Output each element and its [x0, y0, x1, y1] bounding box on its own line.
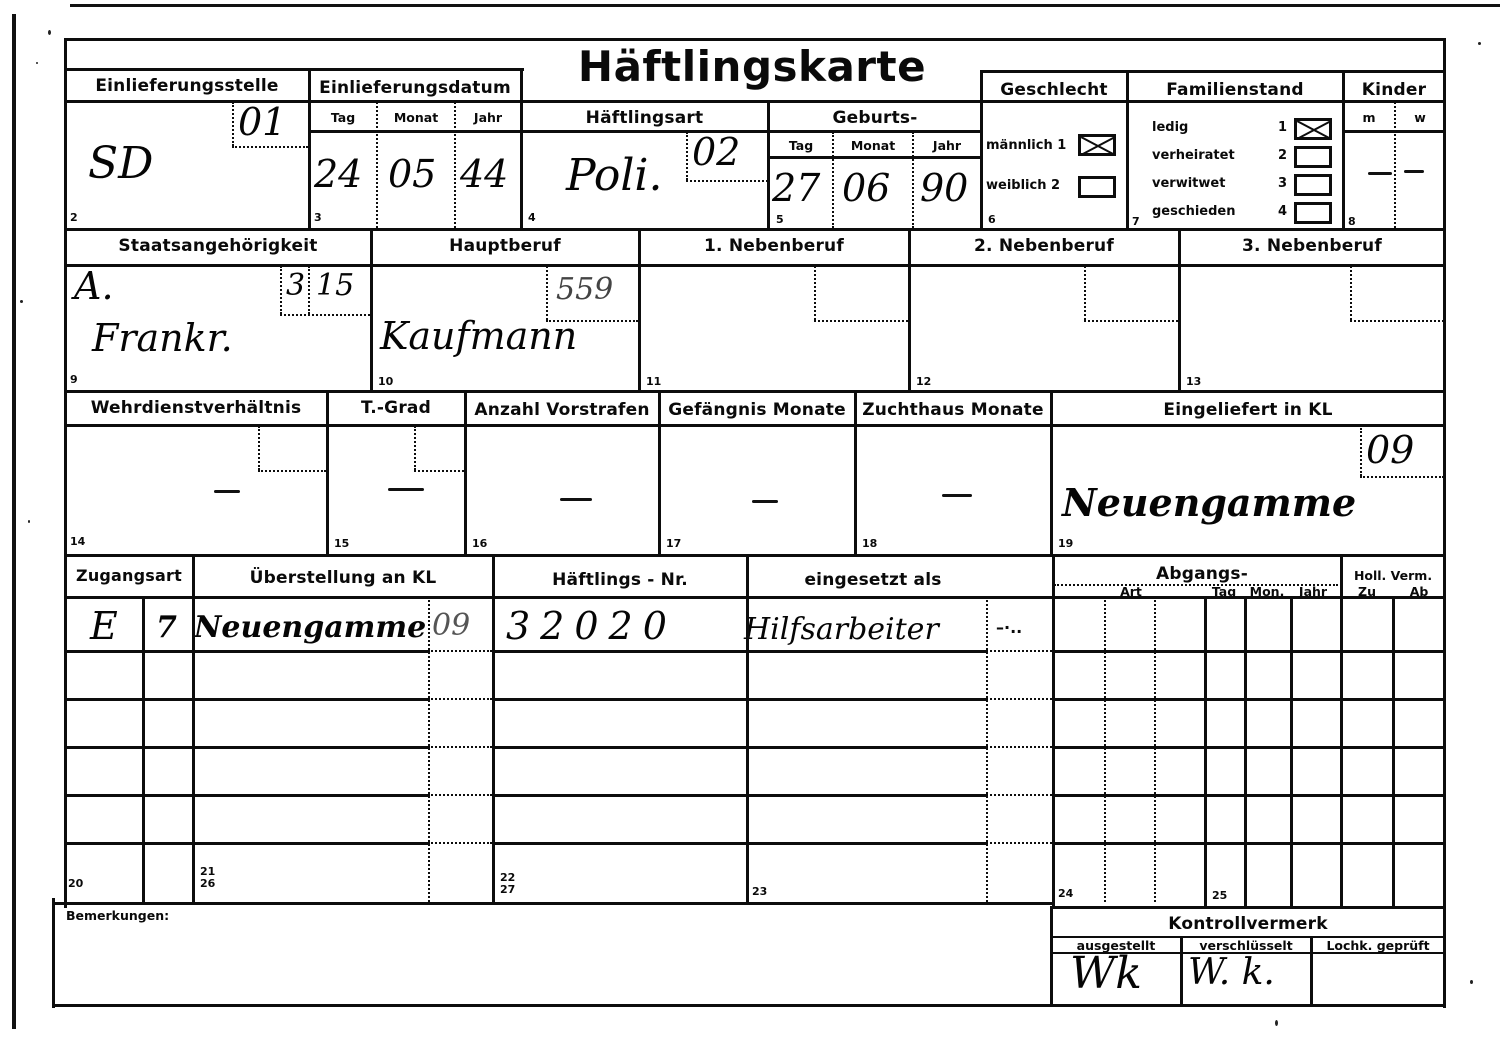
grid-line [192, 554, 195, 902]
code-box-border [814, 320, 908, 322]
grid-line [1052, 650, 1444, 653]
grid-line [428, 794, 492, 796]
checkbox-maennlich[interactable] [1078, 134, 1116, 156]
option-label-verwitwet: verwitwet [1152, 176, 1225, 191]
row1-haeftlings-nr: 32020 [506, 604, 677, 648]
grid-line [428, 698, 492, 700]
grid-line [64, 746, 428, 749]
header-haeftlings-nr: Häftlings - Nr. [494, 570, 746, 590]
code-box-border [1350, 320, 1444, 322]
frame-left [64, 38, 67, 908]
checkbox-ledig[interactable] [1294, 118, 1332, 140]
grid-line [986, 842, 1052, 844]
field-number: 13 [1186, 376, 1201, 388]
row1-ueberstellung-code: 09 [432, 608, 470, 643]
label-geschlecht: Geschlecht [982, 80, 1126, 100]
field-number: 27 [500, 884, 515, 896]
label-zuchthaus-monate: Zuchthaus Monate [856, 400, 1050, 420]
header-abgangs-art: Art [1106, 584, 1156, 599]
grid-line [428, 596, 430, 902]
grid-line [64, 842, 428, 845]
header-abgangs-jahr: Jahr [1290, 584, 1336, 599]
field-number: 7 [1132, 216, 1140, 228]
label-month: Monat [378, 110, 454, 125]
grid-line [986, 746, 1052, 748]
row3-bottom-line [64, 554, 1444, 557]
grid-line [1052, 554, 1055, 908]
wehrdienst-value-dash [214, 490, 240, 493]
grid-line [986, 794, 1052, 796]
option-label-weiblich: weiblich 2 [986, 178, 1060, 193]
row1-eingesetzt-als: Hilfsarbeiter [744, 612, 939, 647]
frame-bottom [52, 1004, 1446, 1007]
prisoner-card: Häftlingskarte Einlieferungsstelle 01 SD… [52, 38, 1446, 1012]
field-number: 17 [666, 538, 681, 550]
row1-zugangsart: E [90, 604, 118, 648]
label-wehrdienstverhaeltnis: Wehrdienstverhältnis [66, 398, 326, 418]
einlieferung-month: 05 [388, 152, 436, 196]
option-label-geschieden: geschieden [1152, 204, 1235, 219]
row1-ueberstellung: Neuengamme [194, 610, 426, 645]
field-number: 25 [1212, 890, 1227, 902]
bemerkungen-field[interactable] [66, 928, 1046, 998]
scan-page-edge-top [70, 4, 1500, 7]
option-label-ledig: ledig [1152, 120, 1188, 135]
grid-line [428, 842, 492, 844]
grid-line [492, 842, 986, 845]
label-month: Monat [834, 138, 912, 153]
code-box-border [258, 470, 326, 472]
row3-header-line [64, 424, 1444, 427]
row1-top-line [64, 68, 524, 71]
label-year: Jahr [456, 110, 520, 125]
subheader-line [770, 156, 980, 159]
grid-line [1154, 596, 1156, 902]
staatsangehoerigkeit-code-a: 3 [286, 268, 305, 303]
label-hauptberuf: Hauptberuf [372, 236, 638, 256]
label-kinder-w: w [1396, 110, 1444, 125]
field-number: 8 [1348, 216, 1356, 228]
frame-right [1443, 38, 1446, 1008]
grid-line [64, 650, 428, 653]
scan-speck [20, 300, 23, 303]
field-number: 2 [70, 212, 78, 224]
field-number: 12 [916, 376, 931, 388]
scan-speck [1478, 42, 1481, 45]
row1-zugangsart-code: 7 [156, 610, 177, 645]
label-day: Tag [770, 138, 832, 153]
grid-line [1392, 596, 1395, 908]
header-eingesetzt-als: eingesetzt als [748, 570, 998, 590]
header-abgangs-mon: Mon. [1244, 584, 1290, 599]
code-box-border [814, 266, 816, 320]
staatsangehoerigkeit-value-line1: A. [74, 264, 114, 308]
option-code: 3 [1278, 176, 1287, 191]
code-box-border [308, 266, 310, 314]
label-anzahl-vorstrafen: Anzahl Vorstrafen [466, 400, 658, 420]
option-code: 4 [1278, 204, 1287, 219]
field-number: 18 [862, 538, 877, 550]
field-number: 24 [1058, 888, 1073, 900]
header-ueberstellung: Überstellung an KL [194, 568, 492, 588]
label-einlieferungsdatum: Einlieferungsdatum [310, 78, 520, 98]
bemerkungen-top-line [52, 902, 1052, 905]
label-haeftlingsart: Häftlingsart [522, 108, 767, 128]
code-box-border [414, 426, 416, 470]
field-number: 20 [68, 878, 83, 890]
label-nebenberuf-2: 2. Nebenberuf [910, 236, 1178, 256]
label-eingeliefert-in-kl: Eingeliefert in KL [1052, 400, 1444, 420]
geburt-day: 27 [772, 166, 820, 210]
option-code: 1 [1278, 120, 1287, 135]
field-number: 3 [314, 212, 322, 224]
label-familienstand: Familienstand [1128, 80, 1342, 100]
label-gefaengnis-monate: Gefängnis Monate [660, 400, 854, 420]
einlieferung-day: 24 [314, 152, 362, 196]
field-number: 16 [472, 538, 487, 550]
label-staatsangehoerigkeit: Staatsangehörigkeit [66, 236, 370, 256]
label-bemerkungen: Bemerkungen: [66, 908, 169, 923]
grid-line [64, 698, 428, 701]
row2-header-line [64, 264, 1444, 267]
label-einlieferungsstelle: Einlieferungsstelle [66, 76, 308, 96]
header-holl-ab: Ab [1394, 584, 1444, 599]
grid-line [1104, 596, 1106, 902]
field-number: 6 [988, 214, 996, 226]
staatsangehoerigkeit-value-line2: Frankr. [92, 316, 233, 360]
grid-line [492, 554, 495, 902]
header-abgangs-tag: Tag [1204, 584, 1244, 599]
grid-line [986, 698, 1052, 700]
code-box-border [546, 266, 548, 320]
staatsangehoerigkeit-code-b: 15 [316, 268, 354, 303]
code-box-border [686, 180, 768, 182]
scan-speck [1275, 1020, 1278, 1026]
einlieferungsstelle-code: 01 [238, 100, 286, 144]
row1-bottom-line [64, 228, 1444, 231]
field-number: 9 [70, 374, 78, 386]
frame-top [64, 38, 1446, 41]
label-year: Jahr [914, 138, 980, 153]
haeftlingsart-code: 02 [692, 130, 740, 174]
grid-line [1340, 554, 1343, 908]
field-number: 4 [528, 212, 536, 224]
hauptberuf-code: 559 [556, 272, 613, 307]
geburt-year: 90 [920, 166, 968, 210]
einlieferungsstelle-value: SD [88, 138, 153, 189]
code-box-border [232, 102, 234, 146]
grid-line [986, 596, 988, 902]
scan-speck [36, 62, 38, 64]
signature-verschluesselt: W. k. [1188, 952, 1275, 993]
label-nebenberuf-1: 1. Nebenberuf [640, 236, 908, 256]
grid-line [142, 596, 145, 902]
row1-eingesetzt-code: –·.. [996, 618, 1022, 637]
header-zugangsart: Zugangsart [66, 566, 192, 585]
gefaengnis-value-dash [752, 500, 778, 503]
checkbox-verheiratet[interactable] [1294, 146, 1332, 168]
kinder-w-value-dash [1404, 170, 1424, 173]
scan-speck [28, 520, 30, 523]
code-box-border [258, 426, 260, 470]
checkbox-geschieden[interactable] [1294, 202, 1332, 224]
label-lochk-geprueft: Lochk. geprüft [1312, 938, 1444, 953]
checkbox-verwitwet[interactable] [1294, 174, 1332, 196]
option-code: 2 [1278, 148, 1287, 163]
divider [520, 68, 523, 228]
t-grad-value-dash [388, 488, 424, 491]
field-number: 26 [200, 878, 215, 890]
code-box-border [232, 146, 308, 148]
grid-line [1290, 596, 1293, 908]
grid-line [428, 650, 492, 652]
code-box-border [686, 132, 688, 180]
label-day: Tag [310, 110, 376, 125]
field-number: 5 [776, 214, 784, 226]
field-number: 19 [1058, 538, 1073, 550]
grid-line [1052, 842, 1444, 845]
eingeliefert-code: 09 [1366, 428, 1414, 472]
option-label-verheiratet: verheiratet [1152, 148, 1235, 163]
grid-line [1204, 596, 1207, 908]
code-box-border [280, 266, 282, 314]
scan-speck [48, 30, 51, 35]
label-geburtsdatum: Geburts- [770, 108, 980, 128]
subheader-line [770, 130, 980, 133]
field-number: 11 [646, 376, 661, 388]
kinder-m-value-dash [1368, 172, 1392, 175]
subheader-line [310, 130, 520, 133]
grid-line [746, 554, 749, 902]
field-number: 23 [752, 886, 767, 898]
code-box-border [1084, 266, 1086, 320]
scan-page-edge [12, 14, 16, 1029]
grid-line [1052, 746, 1444, 749]
checkbox-weiblich[interactable] [1078, 176, 1116, 198]
code-box-border [1360, 476, 1444, 478]
kontroll-top-line [1050, 906, 1444, 909]
label-verschluesselt: verschlüsselt [1182, 938, 1310, 953]
header-abgangs: Abgangs- [1112, 564, 1292, 584]
label-kinder-m: m [1344, 110, 1394, 125]
code-box-border [280, 314, 370, 316]
row1-top-line-right [980, 70, 1444, 73]
code-box-border [1084, 320, 1178, 322]
einlieferung-year: 44 [460, 152, 508, 196]
haeftlingsart-value: Poli. [566, 150, 662, 201]
geburt-month: 06 [842, 166, 890, 210]
grid-line [64, 794, 428, 797]
grid-line [492, 794, 986, 797]
code-box-border [1360, 428, 1362, 476]
label-nebenberuf-3: 3. Nebenberuf [1180, 236, 1444, 256]
hauptberuf-value: Kaufmann [380, 314, 577, 358]
row2-bottom-line [64, 390, 1444, 393]
label-kontrollvermerk: Kontrollvermerk [1052, 914, 1444, 934]
grid-line [1052, 794, 1444, 797]
label-t-grad: T.-Grad [328, 398, 464, 418]
field-number: 10 [378, 376, 393, 388]
label-kinder: Kinder [1344, 80, 1444, 100]
option-label-maennlich: männlich 1 [986, 138, 1066, 153]
code-box-border [414, 470, 464, 472]
field-number: 14 [70, 536, 85, 548]
grid-line [492, 746, 986, 749]
eingeliefert-value: Neuengamme [1062, 480, 1356, 525]
header-holl-zu: Zu [1342, 584, 1392, 599]
frame-left-lower [52, 898, 55, 1008]
signature-ausgestellt: Wk [1070, 948, 1142, 999]
grid-line [1052, 698, 1444, 701]
grid-line [428, 746, 492, 748]
grid-line [492, 650, 986, 653]
grid-line [492, 698, 986, 701]
zuchthaus-value-dash [942, 494, 972, 497]
card-title: Häftlingskarte [522, 42, 982, 91]
header-holl-verm: Holl. Verm. [1342, 568, 1444, 583]
vorstrafen-value-dash [560, 498, 592, 501]
grid-line [1244, 596, 1247, 908]
scan-speck [1470, 980, 1473, 984]
grid-line [986, 650, 1052, 652]
code-box-border [1350, 266, 1352, 320]
field-number: 15 [334, 538, 349, 550]
